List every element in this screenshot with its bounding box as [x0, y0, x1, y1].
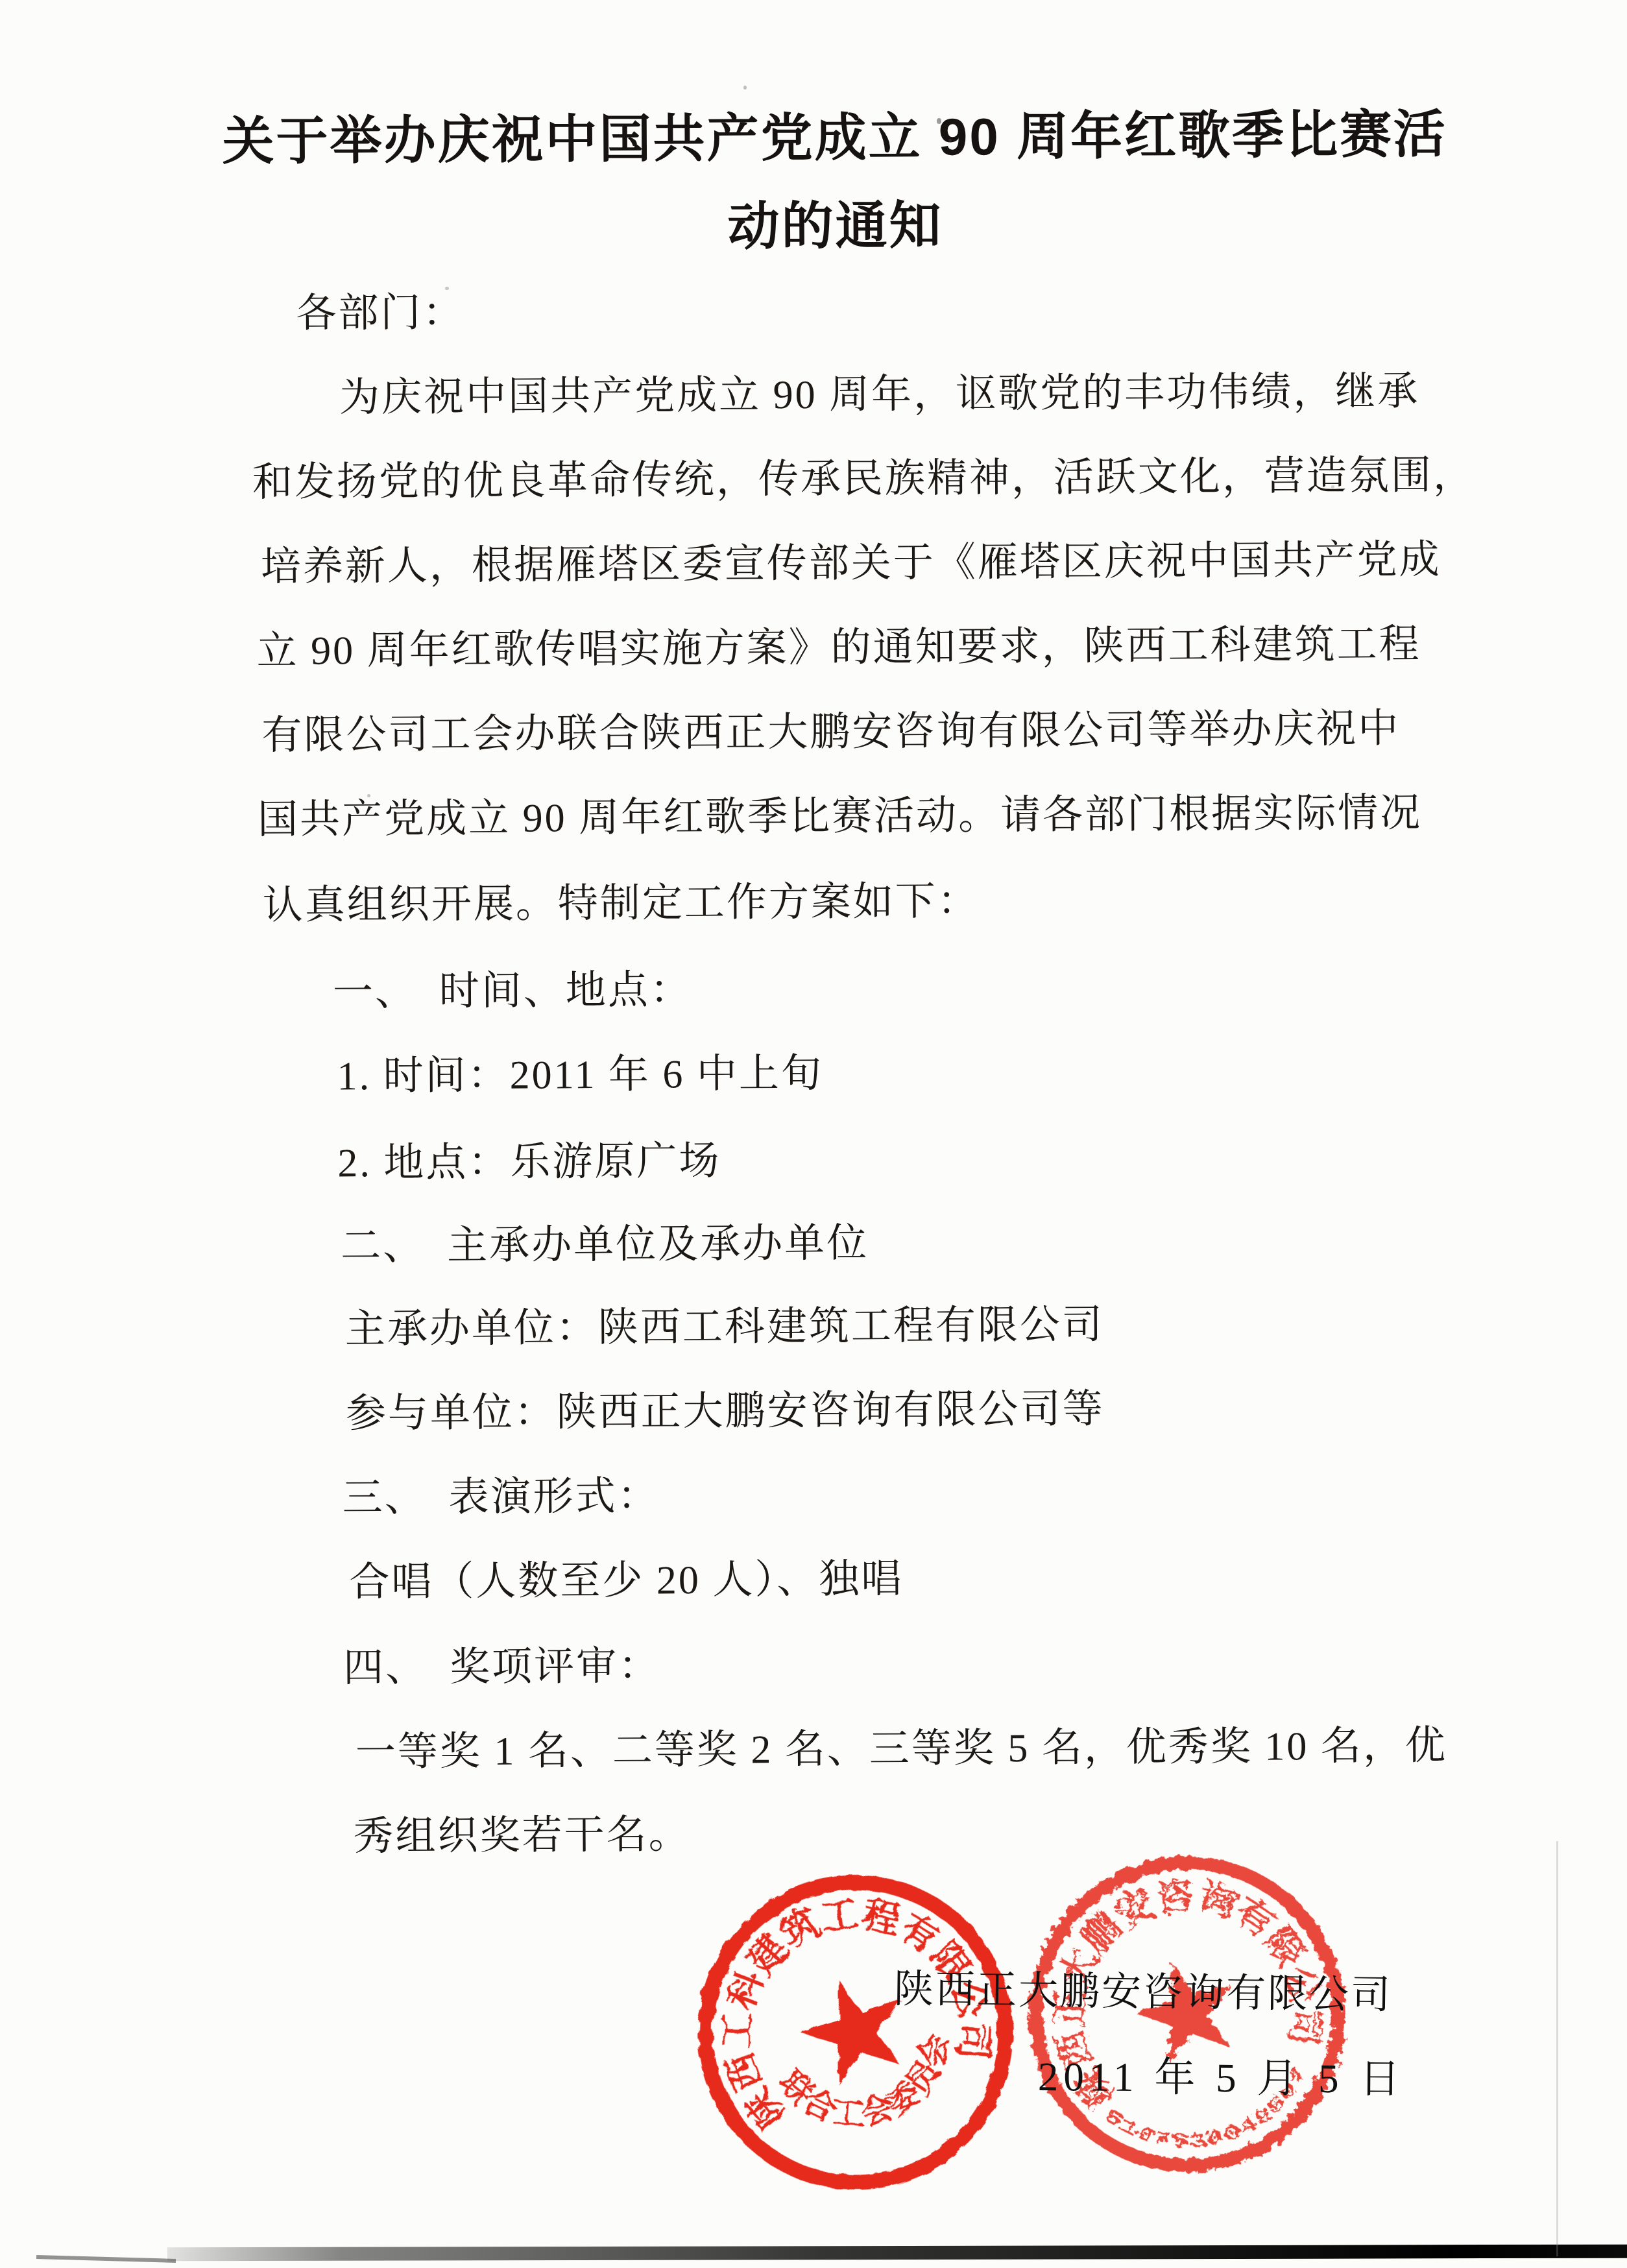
scan-speck [445, 287, 449, 290]
item-time-line: 1. 时间：2011 年 6 中上旬 [337, 1041, 823, 1102]
scan-speck [367, 794, 370, 797]
item-place-line: 2. 地点：乐游原广场 [337, 1128, 721, 1188]
document-title-line-1: 关于举办庆祝中国共产党成立 90 周年红歌季比赛活 [0, 91, 1627, 176]
section-3-heading: 三、 表演形式： [342, 1463, 660, 1523]
scan-speck [948, 139, 952, 142]
signature-company: 陕西正大鹏安咨询有限公司 [893, 1957, 1392, 2020]
body-line: 有限公司工会办联合陕西正大鹏安咨询有限公司等举办庆祝中 [261, 695, 1401, 760]
scan-speck [1331, 485, 1334, 489]
scanned-notice-document: 关于举办庆祝中国共产党成立 90 周年红歌季比赛活 动的通知 各部门： 为庆祝中… [0, 0, 1627, 2268]
salutation-line: 各部门： [296, 280, 465, 339]
awards-line: 一等奖 1 名、二等奖 2 名、三等奖 5 名，优秀奖 10 名，优 [356, 1713, 1448, 1777]
section-2-heading: 二、 主承办单位及承办单位 [341, 1210, 869, 1271]
section-4-heading: 四、 奖项评审： [343, 1633, 661, 1693]
stamp-left-group: 陕西工科建筑工程有限公司 联合工会委员会 [687, 1864, 1024, 2201]
body-line: 认真组织开展。特制定工作方案如下： [263, 868, 980, 930]
participant-line: 参与单位：陕西正大鹏安咨询有限公司等 [345, 1376, 1105, 1438]
body-line: 培养新人，根据雁塔区委宣传部关于《雁塔区庆祝中国共产党成 [260, 527, 1441, 592]
section-1-heading: 一、 时间、地点： [332, 957, 692, 1017]
body-line: 为庆祝中国共产党成立 90 周年，讴歌党的丰功伟绩，继承 [339, 358, 1420, 422]
signature-date: 2011 年 5 月 5 日 [1038, 2044, 1406, 2105]
awards-line-2: 秀组织奖若干名。 [353, 1802, 691, 1861]
body-line: 国共产党成立 90 周年红歌季比赛活动。请各部门根据实际情况 [258, 780, 1423, 845]
organizer-line: 主承办单位：陕西工科建筑工程有限公司 [345, 1292, 1105, 1354]
scan-artifact-right-streak [1556, 1841, 1558, 2256]
stamp-left-company-seal: 陕西工科建筑工程有限公司 联合工会委员会 [687, 1864, 1024, 2201]
format-line: 合唱（人数至少 20 人）、独唱 [349, 1546, 904, 1607]
body-line: 立 90 周年红歌传唱实施方案》的通知要求，陕西工科建筑工程 [256, 611, 1421, 676]
body-line: 和发扬党的优良革命传统，传承民族精神，活跃文化，营造氛围， [252, 442, 1476, 508]
document-title-line-2: 动的通知 [0, 179, 1627, 264]
scan-speck [743, 86, 747, 90]
scan-speck [937, 118, 941, 124]
